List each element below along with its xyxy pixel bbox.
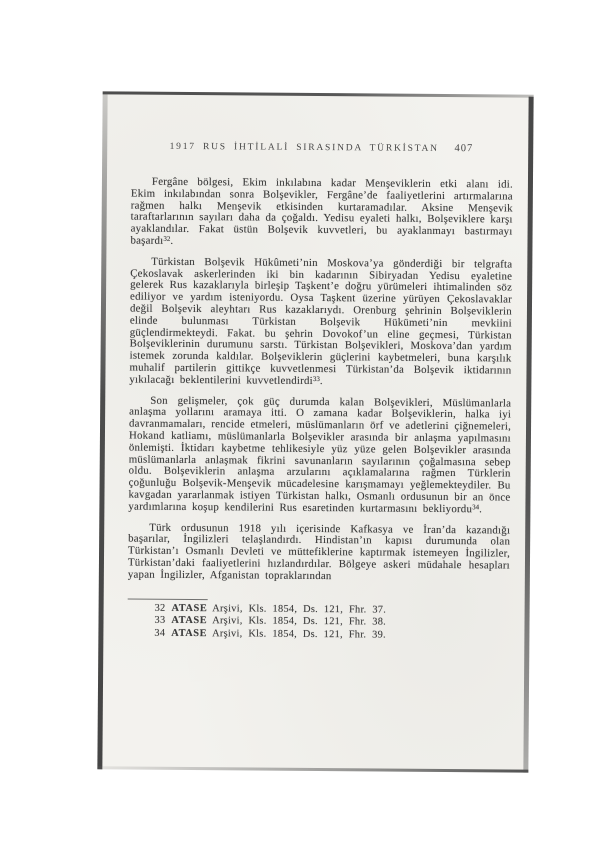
paragraph-agreement: Son gelişmeler, çok güç durumda kalan Bo… — [128, 395, 511, 516]
footnote-separator-rule — [128, 598, 208, 600]
scanned-book-page: 1917 RUS İHTİLALİ SIRASINDA TÜRKİSTAN 40… — [97, 91, 533, 772]
footnote-34: 34ATASEArşivi, Kls. 1854, Ds. 121, Fhr. … — [127, 628, 509, 644]
footnote-detail: Arşivi, Kls. 1854, Ds. 121, Fhr. 38. — [212, 615, 386, 627]
running-header: 1917 RUS İHTİLALİ SIRASINDA TÜRKİSTAN 40… — [131, 142, 513, 158]
paragraph-text: Türk ordusunun 1918 yılı içerisinde Kafk… — [128, 521, 510, 582]
paragraph-turkish-army: Türk ordusunun 1918 yılı içerisinde Kafk… — [128, 522, 510, 584]
paragraph-text: Türkistan Bolşevik Hükûmeti’nin Moskova’… — [129, 255, 512, 386]
page-content: 1917 RUS İHTİLALİ SIRASINDA TÜRKİSTAN 40… — [127, 92, 513, 644]
footnotes-section: 32ATASEArşivi, Kls. 1854, Ds. 121, Fhr. … — [127, 598, 509, 643]
paragraph-telegraph: Türkistan Bolşevik Hükûmeti’nin Moskova’… — [129, 256, 512, 389]
footnote-detail: Arşivi, Kls. 1854, Ds. 121, Fhr. 37. — [212, 603, 386, 615]
footnote-number: 32 — [155, 602, 166, 613]
scan-edge-right — [523, 97, 533, 773]
paragraph-fergane: Fergâne bölgesi, Ekim inkılabına kadar M… — [130, 177, 513, 251]
body-text: Fergâne bölgesi, Ekim inkılabına kadar M… — [128, 177, 513, 584]
footnote-archive: ATASE — [171, 615, 207, 626]
footnote-ref-32: 32 — [163, 235, 170, 243]
footnote-archive: ATASE — [171, 628, 207, 639]
page-number: 407 — [454, 143, 473, 154]
footnote-ref-34: 34 — [472, 503, 479, 511]
paragraph-text: Son gelişmeler, çok güç durumda kalan Bo… — [128, 394, 511, 515]
scan-edge-bottom — [97, 766, 528, 772]
footnote-archive: ATASE — [171, 602, 207, 613]
footnote-ref-33: 33 — [313, 375, 320, 383]
scan-edge-left — [97, 93, 107, 769]
paragraph-text: Fergâne bölgesi, Ekim inkılabına kadar M… — [130, 176, 513, 247]
footnote-number: 34 — [154, 628, 165, 639]
footnote-detail: Arşivi, Kls. 1854, Ds. 121, Fhr. 39. — [212, 628, 386, 640]
footnote-number: 33 — [154, 615, 165, 626]
running-title: 1917 RUS İHTİLALİ SIRASINDA TÜRKİSTAN — [170, 142, 439, 154]
